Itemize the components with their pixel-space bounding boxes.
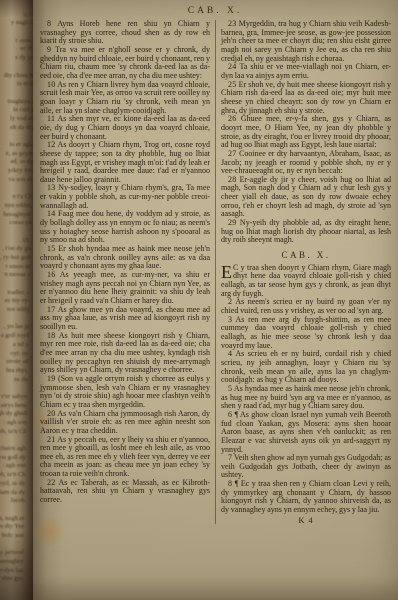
fragment-line: [0, 315, 29, 324]
verse-25: 25 Er shoh ve, dy huit mee sheese kiongo…: [221, 81, 391, 116]
verse-8: 8 Ayns Horeb hene ren shiu yn Chiarn y v…: [40, 20, 210, 46]
fragment-line: shiu gys: [0, 575, 23, 584]
fragment-line: hoh: son: [0, 532, 24, 541]
fragment-line: [3, 2, 33, 11]
verse-number: 2: [228, 297, 232, 306]
fragment-line: [0, 228, 32, 237]
fragment-line: ly vod eh: [0, 115, 33, 124]
verse-number: 7: [228, 453, 232, 462]
fragment-line: yrkey fou: [0, 167, 33, 176]
fragment-line: v'er aahyn: [0, 393, 28, 402]
verse-23: 23 Myrgeddin, tra hug y Chiarn shiu veih…: [221, 20, 391, 63]
fragment-line: as my-ry-: [0, 297, 30, 306]
verse-number: 20: [47, 409, 56, 418]
verse-7: 7 Veih shen ghow ad nyn yurnah gys Gudgo…: [221, 454, 391, 480]
verse-number: 3: [228, 315, 232, 324]
verse-number: 11: [47, 114, 55, 123]
fragment-line: , yn laa ja: [0, 323, 29, 332]
fragment-line: stroie ad: [0, 358, 28, 367]
fragment-line: [1, 89, 33, 98]
verse-number: 24: [228, 62, 237, 71]
verse-number: 13: [47, 183, 56, 192]
fragment-line: ad, as dy: [0, 158, 33, 167]
bible-page: CAB. X. 8 Ayns Horeb hene ren shiu yn Ch…: [33, 0, 398, 600]
verse-number: 28: [228, 175, 237, 184]
verse-number: 6: [228, 410, 232, 419]
drop-cap: E: [221, 264, 233, 280]
fragment-line: a nd y: [0, 341, 29, 350]
verse-9: 9 Tra va mee er n'gholl seose er y chron…: [40, 46, 210, 81]
fragment-line: royd, as dy: [0, 480, 25, 489]
text-columns: 8 Ayns Horeb hene ren shiu yn Chiarn y v…: [38, 20, 392, 524]
fragment-line: inaghtyn e: [1, 98, 33, 107]
fragment-line: u, tar: [3, 11, 33, 20]
fragment-line: coraa yn: [0, 219, 32, 228]
fragment-line: n t'a Ch: [0, 193, 32, 202]
verse-number: 22: [47, 478, 56, 487]
fragment-line: [1, 63, 33, 72]
fragment-line: [0, 506, 25, 515]
verse-21: 21 As y peccah eu, eer y lheiy va shiu e…: [40, 436, 210, 479]
verse-11: 11 As shen myr ve, ec kione da-eed laa a…: [40, 115, 210, 141]
fragment-line: y vrasnaghey: [0, 558, 24, 567]
chapter-heading: CAB. X.: [221, 251, 391, 260]
verse-28: 28 Er-aggle dy jir y cheer, voish hug oo…: [221, 176, 391, 219]
fragment-line: [0, 280, 30, 289]
fragment-line: heeaghtyn:: [0, 210, 32, 219]
verse-20: 20 As va'n Chiarn cha jymmoosagh rish Aa…: [40, 410, 210, 436]
verse-number: 14: [47, 209, 56, 218]
fragment-line: iu er agle: [0, 141, 33, 150]
verse-number: 26: [228, 114, 237, 123]
fragment-line: er-dyn laa: [0, 566, 23, 575]
fragment-line: n dty Yee: [0, 523, 24, 532]
fragment-line: a goll royd: [0, 332, 29, 341]
verse-x-1: EC y traa shen dooyrt y Chiarn rhym, Gia…: [221, 264, 391, 299]
verse-22: 22 As ec Taberah, as ec Massah, as ec Ki…: [40, 479, 210, 505]
verse-19: 19 (Son va aggle orrym roish y chorree a…: [40, 375, 210, 410]
fragment-line: [0, 184, 33, 193]
fragment-line: Jacob: [0, 497, 25, 506]
fragment-line: n mooar a: [0, 271, 31, 280]
verse-number: 23: [228, 19, 237, 28]
verse-12: 12 As dooyrt y Chiarn rhym, Trog ort, co…: [40, 141, 210, 184]
fragment-line: s ny jarrood: [0, 549, 24, 558]
verse-text: C y traa shen dooyrt y Chiarn rhym, Giar…: [221, 263, 391, 298]
verse-4: 4 As scrieu eh er ny buird, cordail rish…: [221, 350, 391, 385]
right-column-chapter9-verses: 23 Myrgeddin, tra hug y Chiarn shiu veih…: [221, 20, 391, 245]
fragment-line: ta er th: [1, 80, 33, 89]
fragment-line: r smoo as: [0, 263, 31, 272]
fragment-line: oh, ta'n Ch: [0, 428, 27, 437]
verse-24: 24 Ta shiu er ve mee-viallagh noi yn Chi…: [221, 63, 391, 80]
fragment-line: r ayns y: [2, 37, 33, 46]
verse-14: 14 Faag mee dou hene, dy voddym ad y str…: [40, 210, 210, 245]
verse-29: 29 Ny-yeih dty phobble ad, as dty eiragh…: [221, 219, 391, 245]
fragment-line: [0, 384, 28, 393]
fragment-line: dty chree M: [1, 71, 33, 80]
fragment-line: nyn eddin,: [0, 202, 32, 211]
fragment-line: , ry-hoi goll: [0, 254, 31, 263]
verse-27: 27 Cooinee er dty harvaantyn, Abraham, I…: [221, 150, 391, 176]
fragment-line: n, nagh er: [0, 514, 25, 523]
verse-number: 17: [47, 305, 56, 314]
left-column: 8 Ayns Horeb hene ren shiu yn Chiarn y v…: [38, 20, 215, 505]
fragment-line: toaller, c: [0, 289, 30, 298]
fragment-line: [0, 436, 26, 445]
verse-number: 8: [47, 19, 51, 28]
fragment-line: iagh dy gholl: [0, 410, 27, 419]
right-column-chapter10-verses: 2 As neem's scrieu er ny buird ny goan v…: [221, 298, 391, 514]
fragment-line: chairn agh: [0, 445, 26, 454]
verse-number: 25: [228, 80, 237, 89]
verse-number: 29: [228, 218, 237, 227]
verse-5: 5 As hyndaa mee as haink mee neose jeh'n…: [221, 385, 391, 411]
signature-mark: K 4: [221, 516, 391, 525]
fragment-line: oyt: ny: [0, 349, 29, 358]
facing-page-edge: u, tary nagh dy r ayns yec dtys dy yer d…: [0, 0, 33, 600]
fragment-line: e, as geyre: [0, 150, 33, 159]
fragment-line: [0, 540, 24, 549]
verse-2: 2 As neem's scrieu er ny buird ny goan v…: [221, 298, 391, 315]
verse-number: 10: [47, 80, 56, 89]
fragment-line: hra rhyt,: [0, 367, 28, 376]
verse-13: 13 Ny-sodjey, loayr y Chiarn rhym's, gra…: [40, 184, 210, 210]
fragment-line: airys hene: [0, 401, 27, 410]
fragment-line: : agh son: [0, 462, 26, 471]
fragment-line: ns du: [0, 375, 28, 384]
fragment-line: ta curt y: [0, 106, 33, 115]
verse-8: 8 ¶ Ec y traa shen ren y Chiarn cloan Le…: [221, 480, 391, 515]
open-book: u, tary nagh dy r ayns yec dtys dy yer d…: [0, 0, 398, 600]
right-column: 23 Myrgeddin, tra hug y Chiarn shiu veih…: [215, 20, 392, 524]
verse-number: 19: [47, 374, 56, 383]
verse-number: 9: [47, 45, 51, 54]
verse-number: 4: [228, 349, 232, 358]
fragment-line: niam da dy: [0, 488, 25, 497]
fragment-line: oh, ta'n Ch: [0, 471, 26, 480]
fragment-line: [0, 132, 33, 141]
verse-6: 6 ¶ As ghow cloan Israel nyn yurnah veih…: [221, 411, 391, 454]
verse-10: 10 As ren y Chiarn livrey hym daa voayrd…: [40, 81, 210, 116]
fragment-line: [2, 28, 33, 37]
verse-number: 12: [47, 140, 56, 149]
facing-page-text-fragments: u, tary nagh dy r ayns yec dtys dy yer d…: [0, 2, 33, 584]
verse-17: 17 As ghow mee yn daa voayrd, as cheau m…: [40, 306, 210, 332]
verse-26: 26 Ghuee mee, er-y-fa shen, gys y Chiarn…: [221, 115, 391, 150]
verse-3: 3 As ren mee arg dy fuygh-shittim, as re…: [221, 316, 391, 351]
fragment-line: noi oddy: [0, 306, 30, 315]
fragment-line: ec dty: [2, 45, 33, 54]
verse-number: 27: [228, 149, 237, 158]
verse-number: 15: [47, 244, 56, 253]
fragment-line: . IX.: [0, 236, 31, 245]
fragment-line: 'ou goll dy: [0, 454, 26, 463]
fragment-line: eh da dty: [0, 124, 33, 133]
verse-15: 15 Er shoh hyndaa mee as haink mee neose…: [40, 245, 210, 271]
verse-number: 21: [47, 435, 56, 444]
running-head: CAB. X.: [38, 4, 392, 20]
fragment-line: va son sh: [0, 176, 33, 185]
verse-number: 16: [47, 270, 56, 279]
fragment-line: , t'ou dy gh: [0, 245, 31, 254]
fragment-line: : agh son: [0, 419, 27, 428]
verse-number: 18: [47, 331, 56, 340]
verse-number: 5: [228, 384, 232, 393]
verse-number: 8: [228, 479, 232, 488]
fragment-line: y nagh dy: [2, 19, 33, 28]
fragment-line: s dy yer: [2, 54, 33, 63]
verse-18: 18 As huit mee sheese kiongoyrt rish y C…: [40, 332, 210, 375]
verse-16: 16 As yeeagh mee, as cur-my-ner, va shiu…: [40, 271, 210, 306]
